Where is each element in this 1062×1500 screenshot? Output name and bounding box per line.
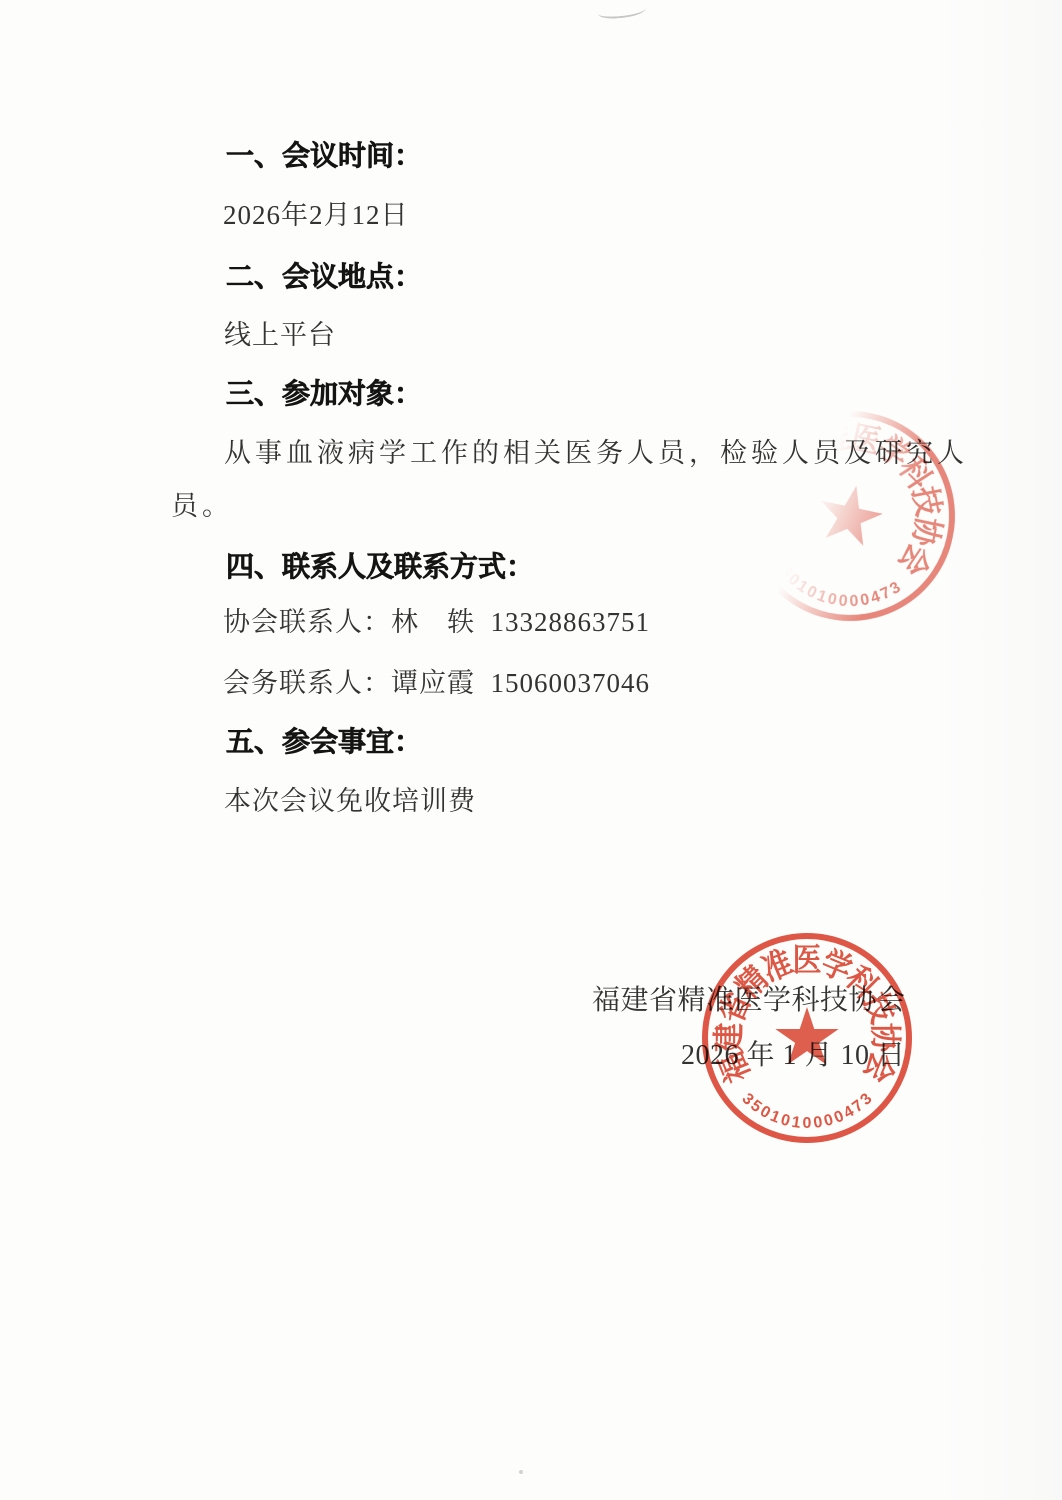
seal-number-char: 0 <box>800 1115 814 1133</box>
seal-ring <box>702 933 912 1143</box>
seal-number-char: 5 <box>774 562 797 584</box>
contacts-heading: 四、联系人及联系方式： <box>226 550 534 584</box>
meeting-location-heading: 二、会议地点： <box>226 260 422 294</box>
meeting-location-text: 线上平台 <box>224 318 336 352</box>
seal-number-char: 1 <box>812 586 831 608</box>
seal-number-char: 0 <box>754 1102 775 1125</box>
seal-number-char: 0 <box>847 593 862 612</box>
fee-text: 本次会议免收培训费 <box>224 784 476 818</box>
seal-ring-char: 学 <box>815 944 858 989</box>
attendance-heading: 五、参会事宜： <box>226 725 422 759</box>
scan-artifact-speck <box>519 1470 523 1474</box>
seal-number-char: 3 <box>767 553 790 575</box>
seal-number-char: 0 <box>823 590 840 611</box>
official-seal: 福建省精准医学科技协会3501010000473 <box>702 933 912 1143</box>
seal-ring-char: 技 <box>905 482 946 520</box>
seal-ring-char: 会 <box>890 536 938 583</box>
signature-date: 2026 年 1 月 10 日 <box>681 1039 906 1073</box>
seal-number-char: 3 <box>736 1089 759 1112</box>
seal-number-char: 3 <box>885 578 906 601</box>
seal-number-char: 1 <box>788 1113 804 1133</box>
meeting-time-heading: 一、会议时间： <box>226 139 422 173</box>
seal-number-char: 1 <box>791 576 813 599</box>
association-contact-text: 协会联系人：林 轶 13328863751 <box>223 605 650 639</box>
seal-number-char: 7 <box>847 1096 869 1119</box>
seal-number-char: 1 <box>765 1107 785 1129</box>
seal-number-char: 5 <box>745 1096 767 1119</box>
conference-contact-text: 会务联系人：谭应霞 15060037046 <box>223 666 650 700</box>
seal-ring <box>725 391 974 640</box>
meeting-date-text: 2026年2月12日 <box>223 198 409 232</box>
seal-ring-char: 准 <box>756 944 799 989</box>
seal-number-char: 0 <box>782 569 804 592</box>
official-seal-partial: 福建省精准医学科技协会3501010000473 <box>725 391 974 640</box>
participants-text-line1: 从事血液病学工作的相关医务人员，检验人员及研究人 <box>224 436 968 470</box>
scan-artifact-squiggle <box>598 2 647 19</box>
seal-number-char: 0 <box>801 582 822 604</box>
seal-number-char: 4 <box>839 1102 860 1125</box>
seal-ring-char: 建 <box>754 480 796 519</box>
seal-ring-char: 协 <box>905 512 947 551</box>
seal-star-icon <box>811 479 889 554</box>
participants-heading: 三、参加对象： <box>226 377 422 411</box>
participants-text-line2: 员。 <box>171 489 233 523</box>
seal-number-char: 0 <box>820 1111 838 1132</box>
seal-number-char: 0 <box>810 1113 826 1133</box>
seal-number-char: 4 <box>866 587 885 608</box>
seal-number-char: 0 <box>829 1107 849 1129</box>
signature-organization: 福建省精准医学科技协会 <box>592 984 906 1018</box>
seal-number-char: 3 <box>855 1089 878 1112</box>
scanned-notice-page: 一、会议时间： 2026年2月12日 二、会议地点： 线上平台 三、参加对象： … <box>0 0 1062 1500</box>
seal-number-char: 0 <box>776 1111 794 1132</box>
seal-number-char: 0 <box>835 592 850 611</box>
seal-ring-char: 医 <box>791 943 823 979</box>
seal-number-char: 0 <box>856 591 873 611</box>
seal-ring-char: 福 <box>754 511 795 549</box>
seal-number-char: 7 <box>876 583 896 605</box>
